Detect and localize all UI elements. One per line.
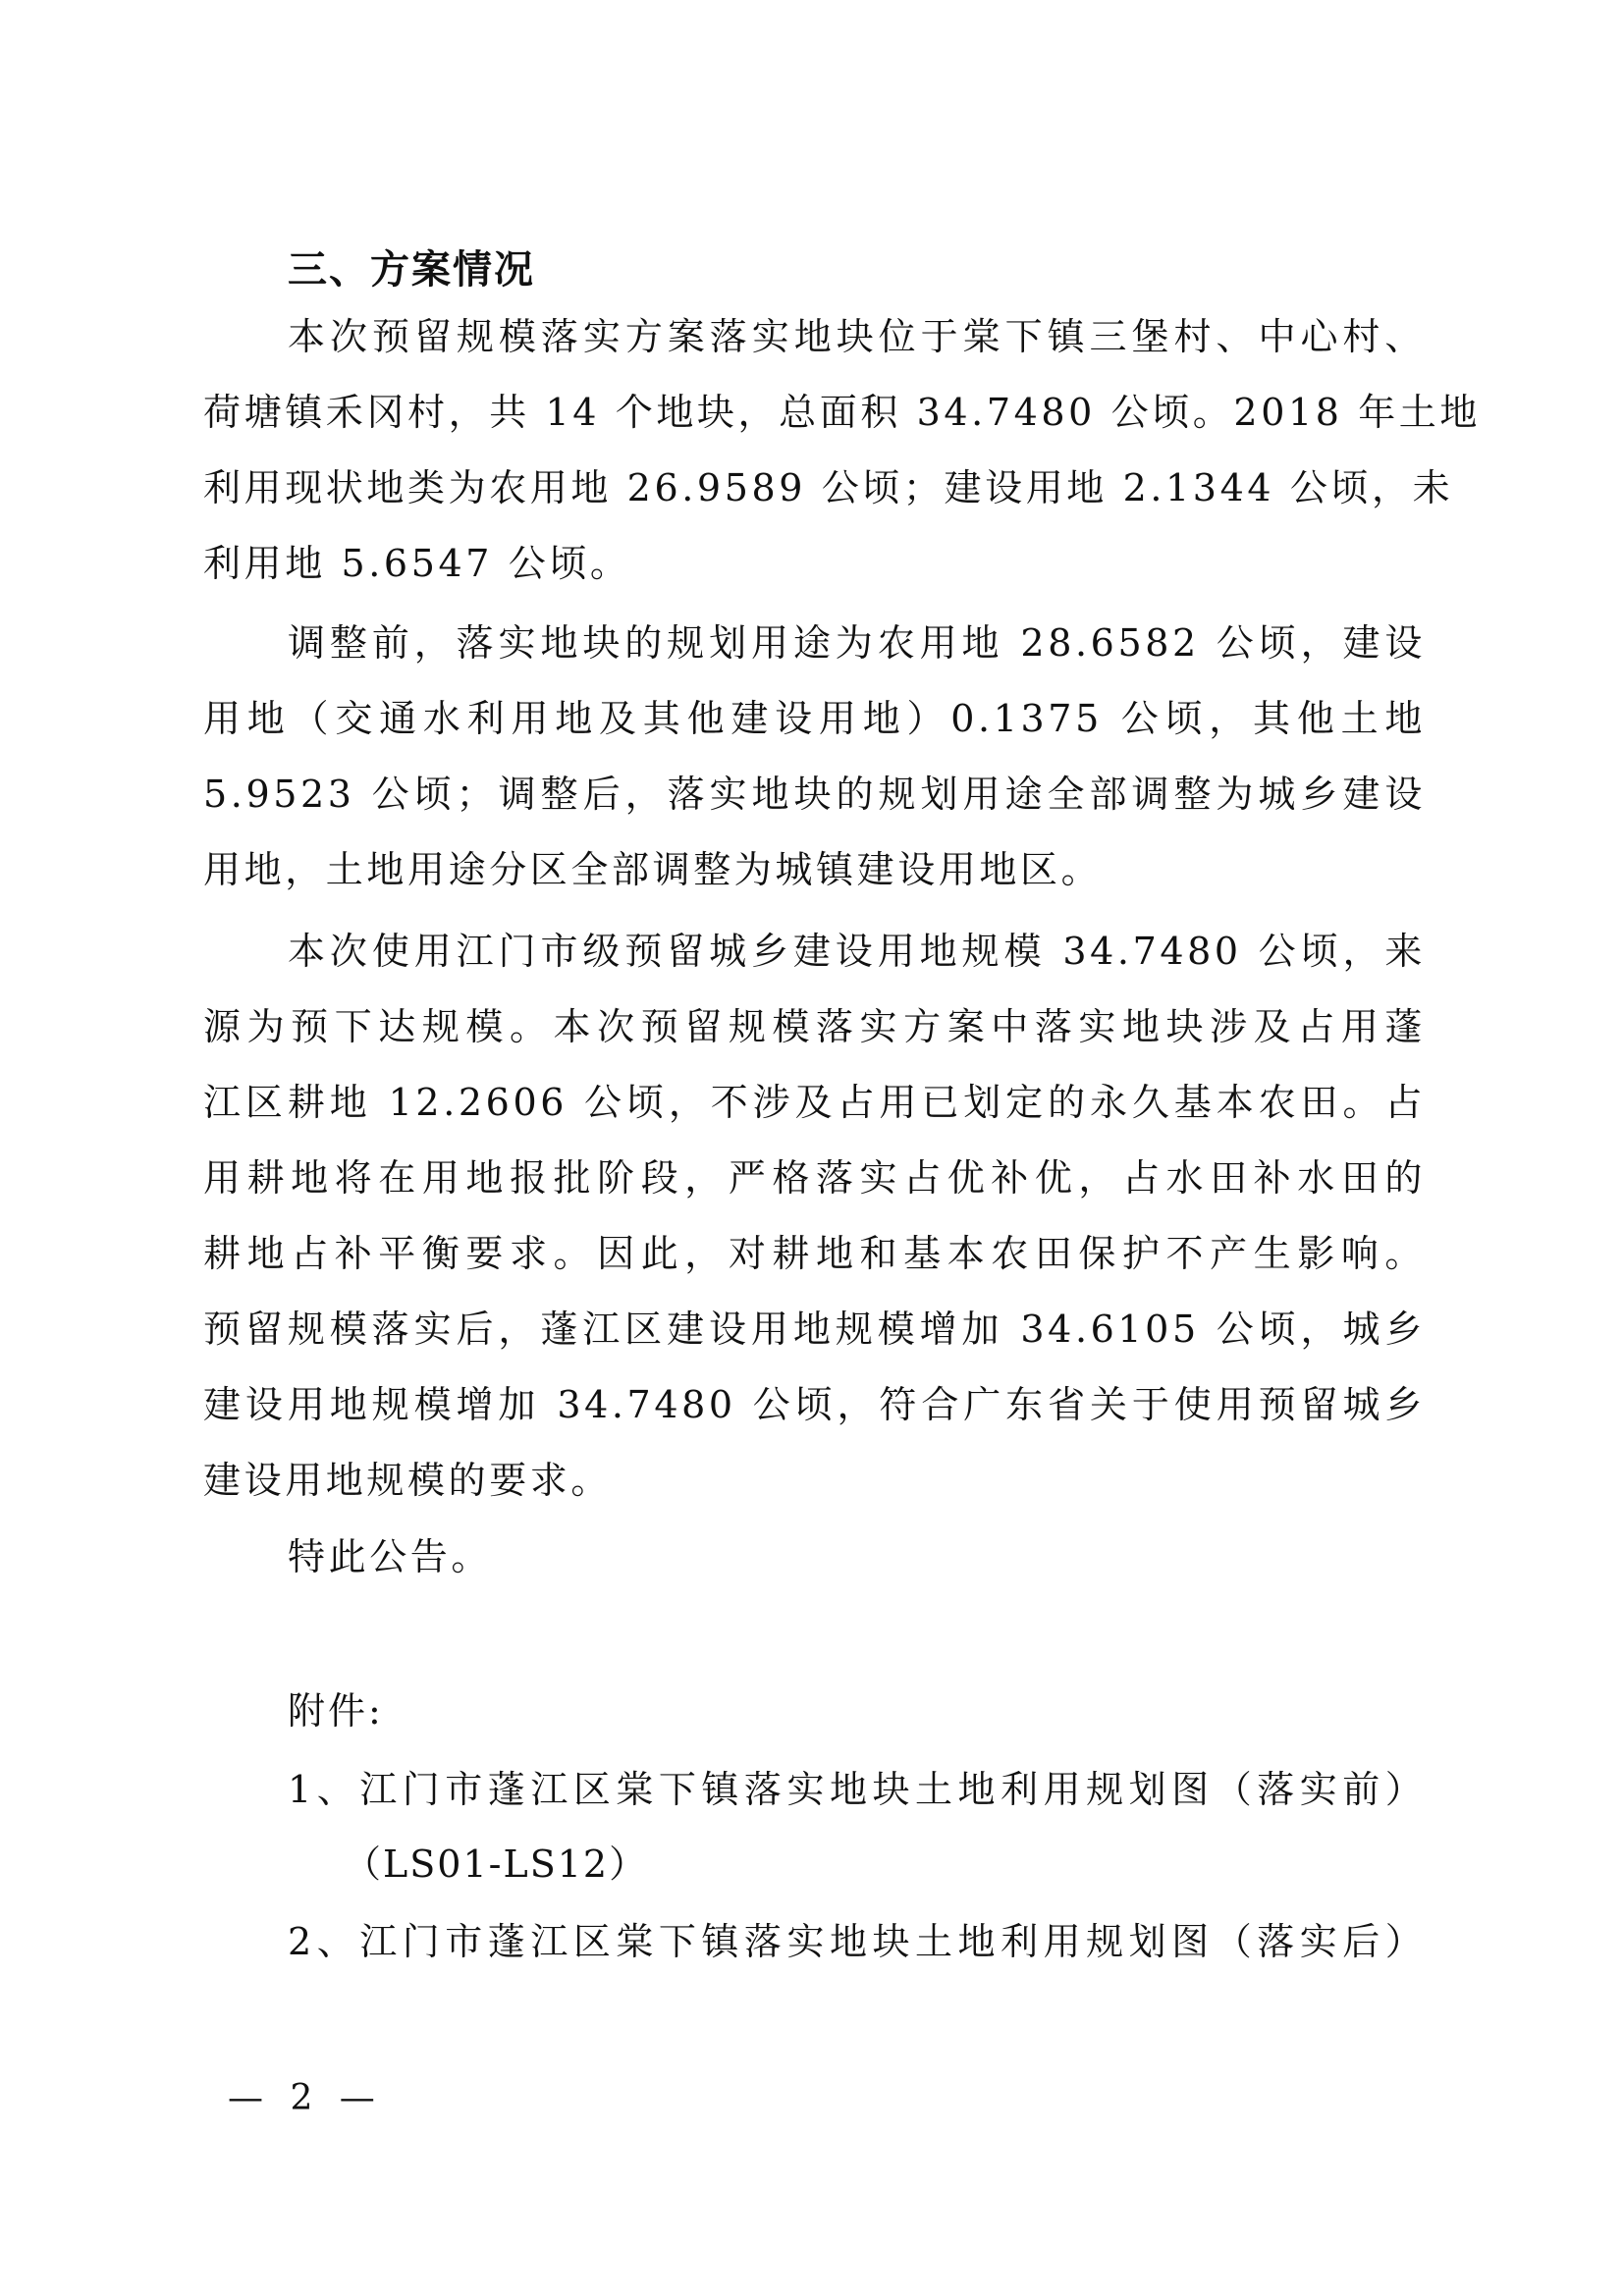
paragraph-2-line-4: 用地，土地用途分区全部调整为城镇建设用地区。 bbox=[203, 847, 1426, 892]
paragraph-3-line-8: 建设用地规模的要求。 bbox=[203, 1458, 1426, 1503]
paragraph-3-line-2: 源为预下达规模。本次预留规模落实方案中落实地块涉及占用蓬 bbox=[203, 1004, 1426, 1049]
paragraph-3-line-1: 本次使用江门市级预留城乡建设用地规模 34.7480 公顷，来 bbox=[288, 929, 1426, 974]
attachment-1: 1、江门市蓬江区棠下镇落实地块土地利用规划图（落实前） bbox=[288, 1767, 1426, 1812]
page-number: — 2 — bbox=[228, 2079, 383, 2118]
paragraph-2-line-3: 5.9523 公顷；调整后，落实地块的规划用途全部调整为城乡建设 bbox=[203, 772, 1426, 817]
closing-statement: 特此公告。 bbox=[288, 1534, 1426, 1579]
paragraph-3-line-6: 预留规模落实后，蓬江区建设用地规模增加 34.6105 公顷，城乡 bbox=[203, 1307, 1426, 1352]
paragraph-3-line-7: 建设用地规模增加 34.7480 公顷，符合广东省关于使用预留城乡 bbox=[203, 1382, 1426, 1427]
paragraph-3-line-3: 江区耕地 12.2606 公顷，不涉及占用已划定的永久基本农田。占 bbox=[203, 1080, 1426, 1125]
attachments-label: 附件: bbox=[288, 1688, 384, 1734]
attachment-2: 2、江门市蓬江区棠下镇落实地块土地利用规划图（落实后） bbox=[288, 1919, 1426, 1964]
paragraph-1-line-4: 利用地 5.6547 公顷。 bbox=[203, 541, 1426, 586]
document-page: 三、方案情况 本次预留规模落实方案落实地块位于棠下镇三堡村、中心村、 荷塘镇禾冈… bbox=[0, 0, 1623, 2296]
paragraph-3-line-5: 耕地占补平衡要求。因此，对耕地和基本农田保护不产生影响。 bbox=[203, 1231, 1426, 1276]
paragraph-1-line-3: 利用现状地类为农用地 26.9589 公顷；建设用地 2.1344 公顷，未 bbox=[203, 465, 1426, 510]
paragraph-2-line-1: 调整前，落实地块的规划用途为农用地 28.6582 公顷，建设 bbox=[288, 620, 1426, 666]
paragraph-1-line-2: 荷塘镇禾冈村，共 14 个地块，总面积 34.7480 公顷。2018 年土地 bbox=[203, 390, 1426, 435]
attachment-1-continuation: （LS01-LS12） bbox=[344, 1842, 648, 1887]
section-heading: 三、方案情况 bbox=[288, 247, 535, 293]
paragraph-1-line-1: 本次预留规模落实方案落实地块位于棠下镇三堡村、中心村、 bbox=[288, 314, 1426, 359]
paragraph-2-line-2: 用地（交通水利用地及其他建设用地）0.1375 公顷，其他土地 bbox=[203, 696, 1426, 741]
paragraph-3-line-4: 用耕地将在用地报批阶段，严格落实占优补优，占水田补水田的 bbox=[203, 1155, 1426, 1201]
